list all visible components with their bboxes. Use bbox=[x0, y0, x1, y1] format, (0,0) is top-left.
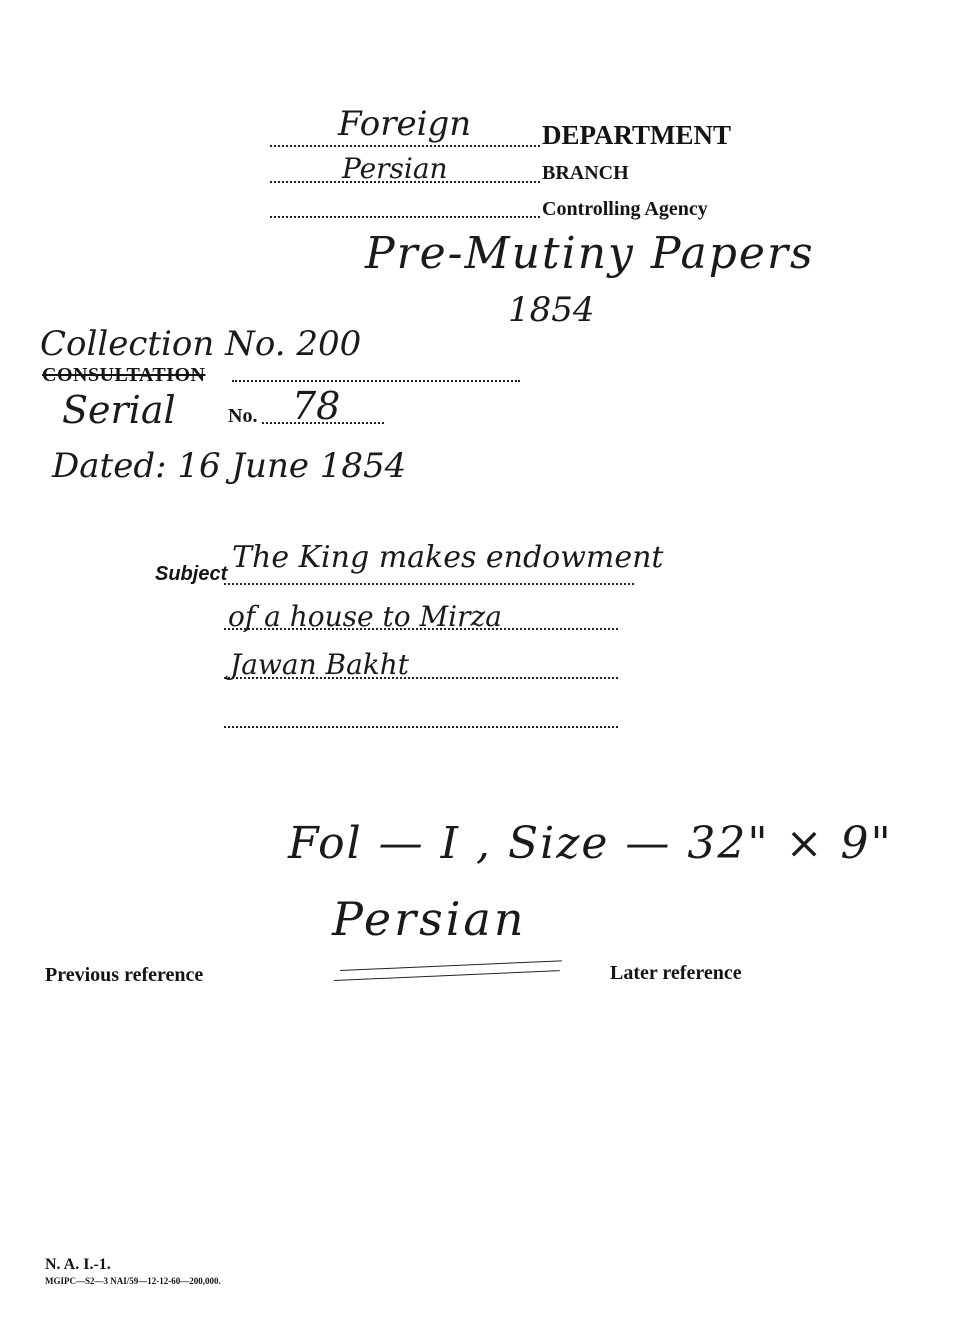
language-underline-1 bbox=[340, 960, 562, 971]
serial-prefix: Serial bbox=[62, 388, 176, 432]
subject-line-2: of a house to Mirza bbox=[228, 600, 502, 633]
consultation-dotted-line bbox=[232, 380, 520, 382]
department-value: Foreign bbox=[338, 104, 471, 144]
collection-number: Collection No. 200 bbox=[40, 324, 361, 364]
subject-dotted-line-1 bbox=[224, 583, 634, 585]
subject-label: Subject bbox=[155, 563, 227, 586]
form-id: N. A. I.-1. bbox=[45, 1256, 111, 1274]
agency-dotted-line bbox=[270, 216, 540, 218]
subject-line-1: The King makes endowment bbox=[232, 540, 663, 575]
annotation-year: 1854 bbox=[508, 290, 595, 330]
folio-size-note: Fol — I , Size — 32" × 9" bbox=[288, 818, 893, 869]
later-reference-label: Later reference bbox=[610, 962, 742, 985]
subject-line-3: Jawan Bakht bbox=[230, 648, 409, 681]
previous-reference-label: Previous reference bbox=[45, 964, 203, 987]
language-underline-2 bbox=[334, 970, 560, 981]
subject-dotted-line-4 bbox=[224, 726, 618, 728]
serial-label: No. bbox=[228, 405, 257, 428]
department-label: DEPARTMENT bbox=[542, 120, 731, 151]
annotation-title: Pre-Mutiny Papers bbox=[365, 228, 815, 279]
agency-label: Controlling Agency bbox=[542, 198, 708, 221]
language-note: Persian bbox=[332, 892, 526, 946]
dated: Dated: 16 June 1854 bbox=[52, 446, 406, 486]
print-line: MGIPC—S2—3 NAI/59—12-12-60—200,000. bbox=[45, 1276, 221, 1286]
branch-label: BRANCH bbox=[542, 162, 629, 185]
branch-value: Persian bbox=[342, 152, 448, 185]
serial-value: 78 bbox=[292, 384, 340, 428]
department-dotted-line bbox=[270, 145, 540, 147]
consultation-label: CONSULTATION bbox=[42, 364, 205, 387]
